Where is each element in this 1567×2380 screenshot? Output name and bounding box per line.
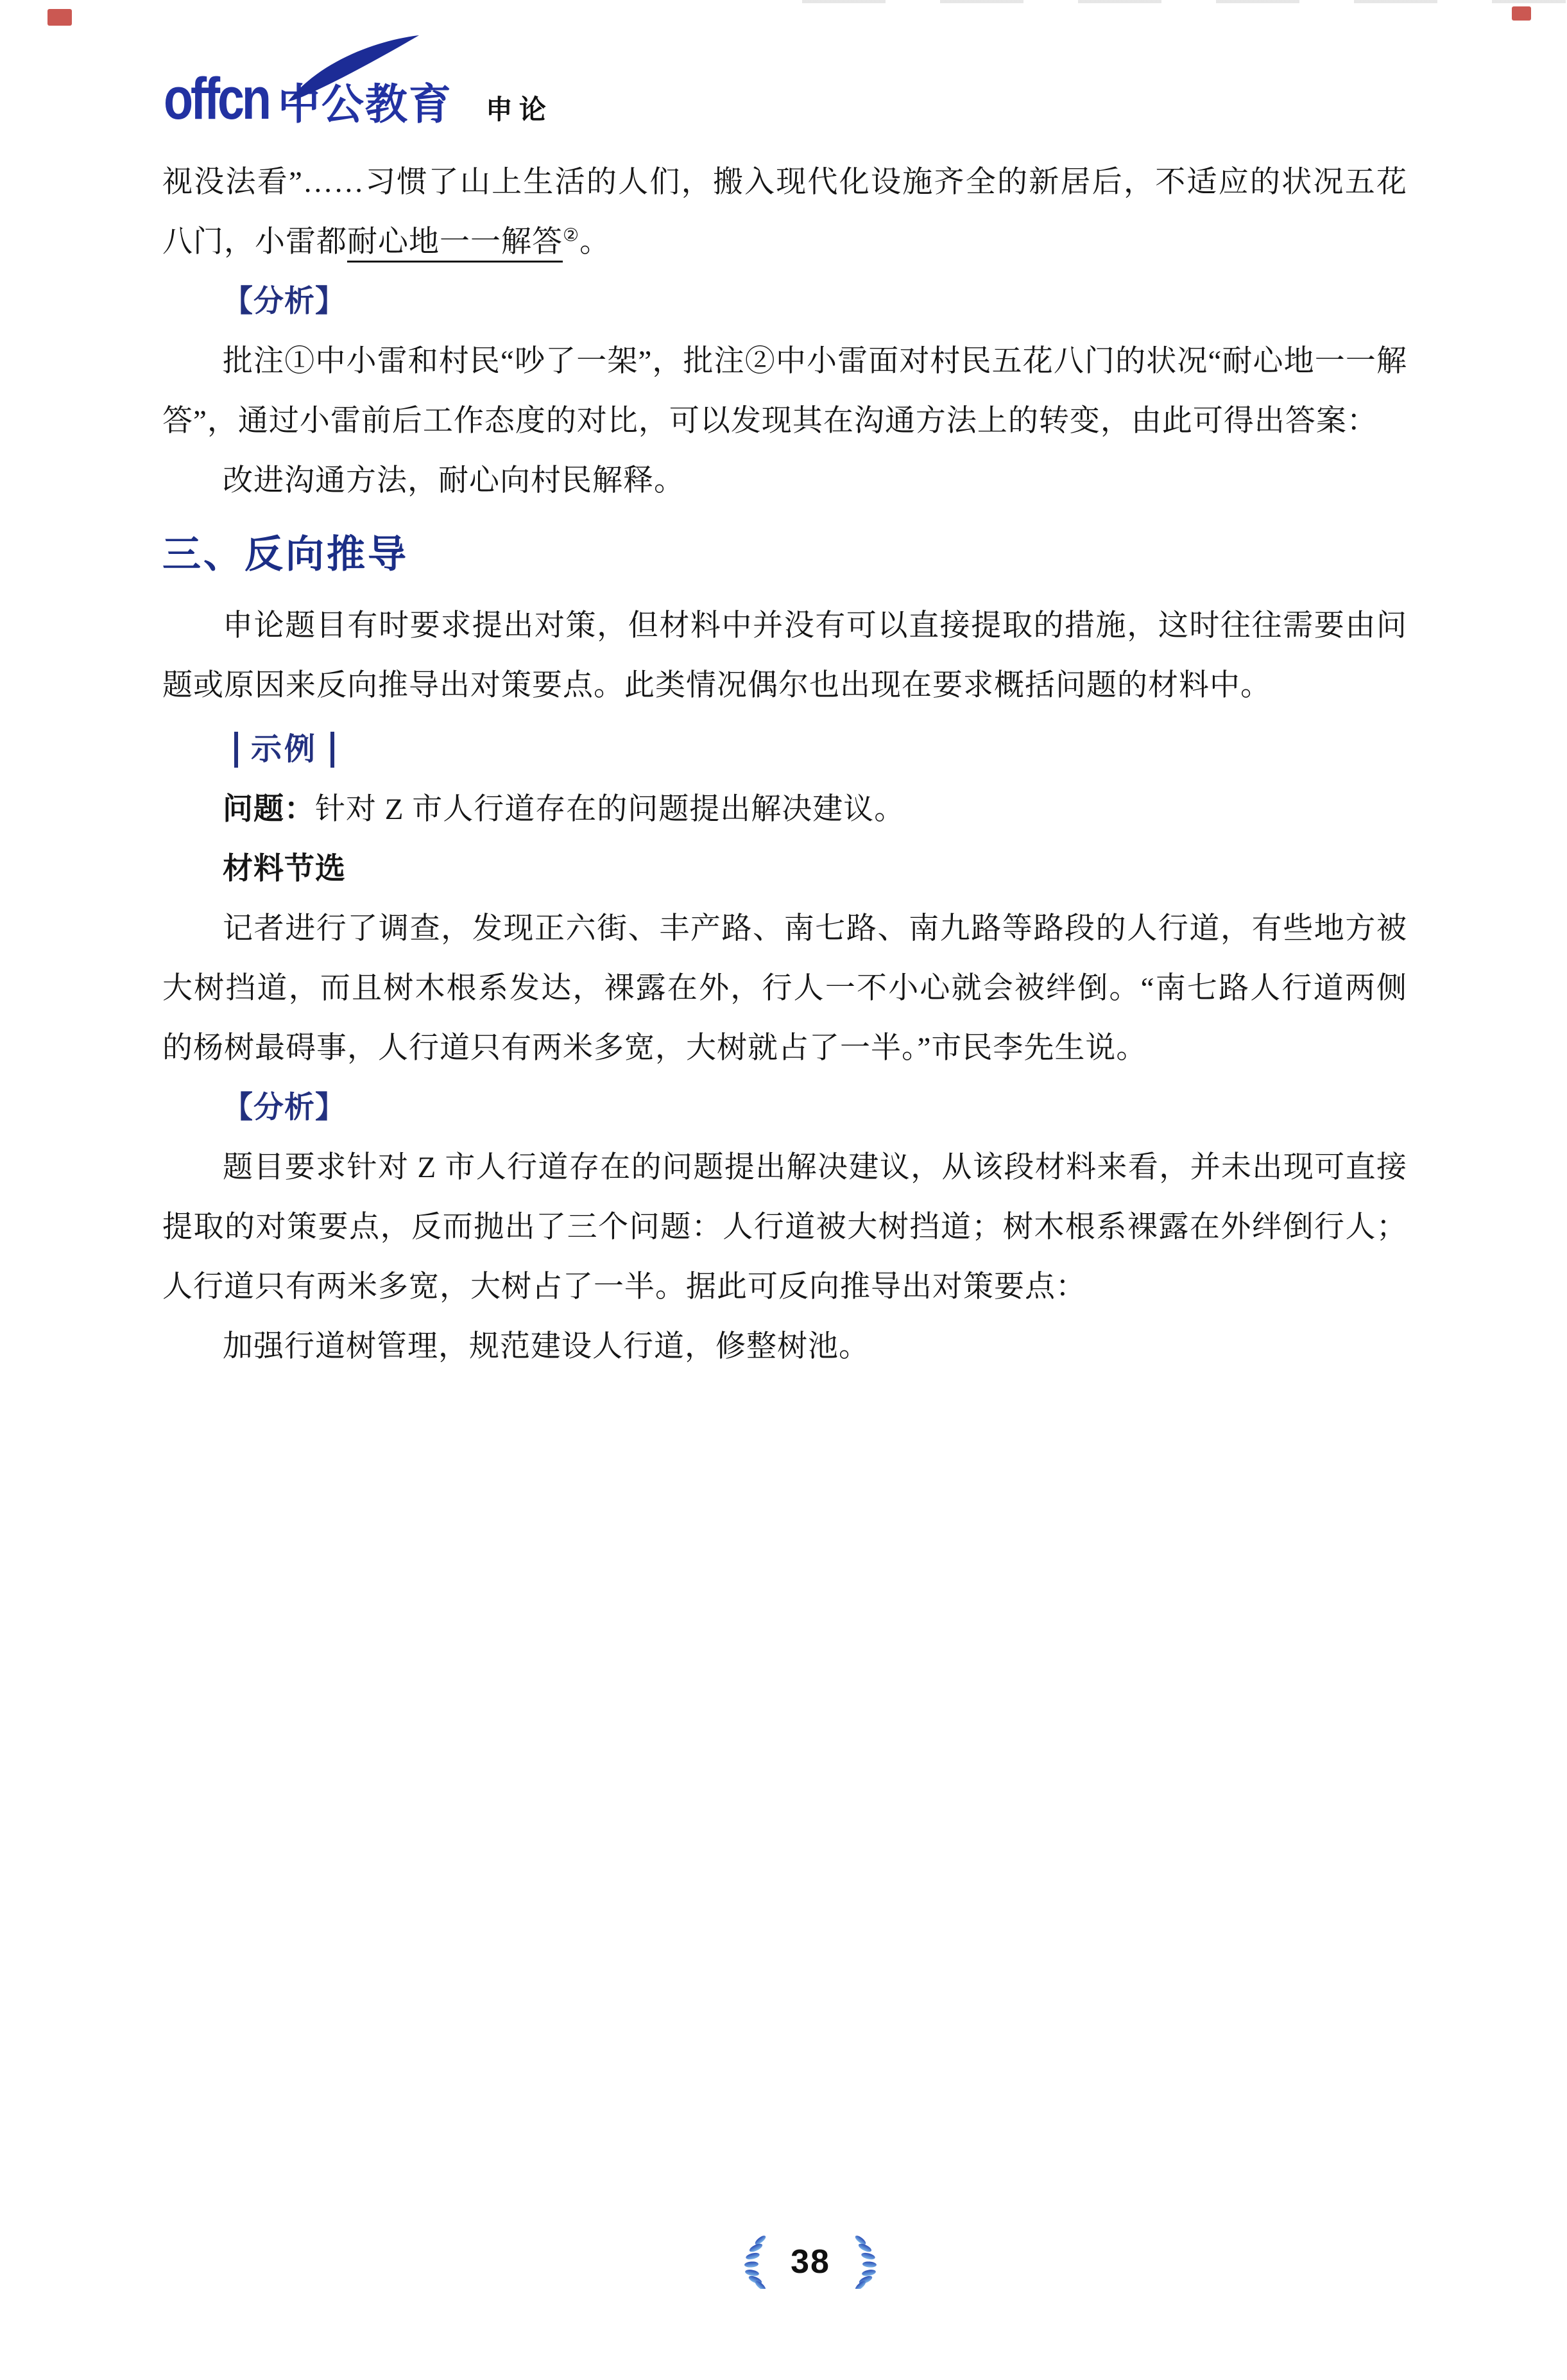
section-heading: 三、反向推导 <box>162 530 1407 578</box>
annotation-ref-2: ② <box>563 225 579 245</box>
logo-swoosh-icon <box>284 33 423 105</box>
question-line: 问题：针对 Z 市人行道存在的问题提出解决建议。 <box>162 780 1407 840</box>
question-label: 问题： <box>223 793 315 826</box>
body-paragraph-continuation: 视没法看”……习惯了山上生活的人们，搬入现代化设施齐全的新居后，不适应的状况五花… <box>162 153 1407 272</box>
scan-artifact-top-streak <box>802 0 1566 3</box>
scan-artifact-red-left <box>47 9 72 26</box>
example-marker-bar-right-icon <box>330 732 334 768</box>
subject-label: 申论 <box>486 96 552 123</box>
question-text: 针对 Z 市人行道存在的问题提出解决建议。 <box>315 793 905 826</box>
laurel-right-icon <box>852 2235 878 2289</box>
section-intro: 申论题目有时要求提出对策，但材料中并没有可以直接提取的措施，这时往往需要由问题或… <box>162 596 1407 716</box>
offcn-logo: offcn 中公教育 <box>164 69 452 128</box>
analysis-answer-2: 加强行道树管理，规范建设人行道，修整树池。 <box>162 1317 1407 1377</box>
example-marker-bar-left-icon <box>234 732 238 768</box>
material-body: 记者进行了调查，发现正六街、丰产路、南七路、南九路等路段的人行道，有些地方被大树… <box>162 899 1407 1078</box>
page-header: offcn 中公教育 申论 <box>164 69 552 128</box>
continuation-post-text: 。 <box>579 225 610 259</box>
page-number: 38 <box>791 2243 830 2281</box>
analysis-body-2: 题目要求针对 Z 市人行道存在的问题提出解决建议，从该段材料来看，并未出现可直接… <box>162 1138 1407 1317</box>
scan-artifact-red-right <box>1512 6 1531 21</box>
underlined-phrase: 耐心地一一解答 <box>347 225 563 259</box>
logo-offcn-text: offcn <box>164 69 269 128</box>
analysis-label-1: 【分析】 <box>162 272 1407 332</box>
analysis-label-2: 【分析】 <box>162 1078 1407 1138</box>
page-content: 视没法看”……习惯了山上生活的人们，搬入现代化设施齐全的新居后，不适应的状况五花… <box>162 153 1407 1377</box>
analysis-answer-1: 改进沟通方法，耐心向村民解释。 <box>162 451 1407 511</box>
material-label: 材料节选 <box>162 840 1407 899</box>
book-page: offcn 中公教育 申论 视没法看”……习惯了山上生活的人们，搬入现代化设施齐… <box>0 0 1567 2380</box>
example-marker: 示例 <box>234 730 1407 770</box>
laurel-left-icon <box>743 2235 769 2289</box>
example-marker-label: 示例 <box>251 734 318 765</box>
analysis-body-1: 批注①中小雷和村民“吵了一架”，批注②中小雷面对村民五花八门的状况“耐心地一一解… <box>162 332 1407 451</box>
page-footer: 38 <box>27 2235 1567 2289</box>
